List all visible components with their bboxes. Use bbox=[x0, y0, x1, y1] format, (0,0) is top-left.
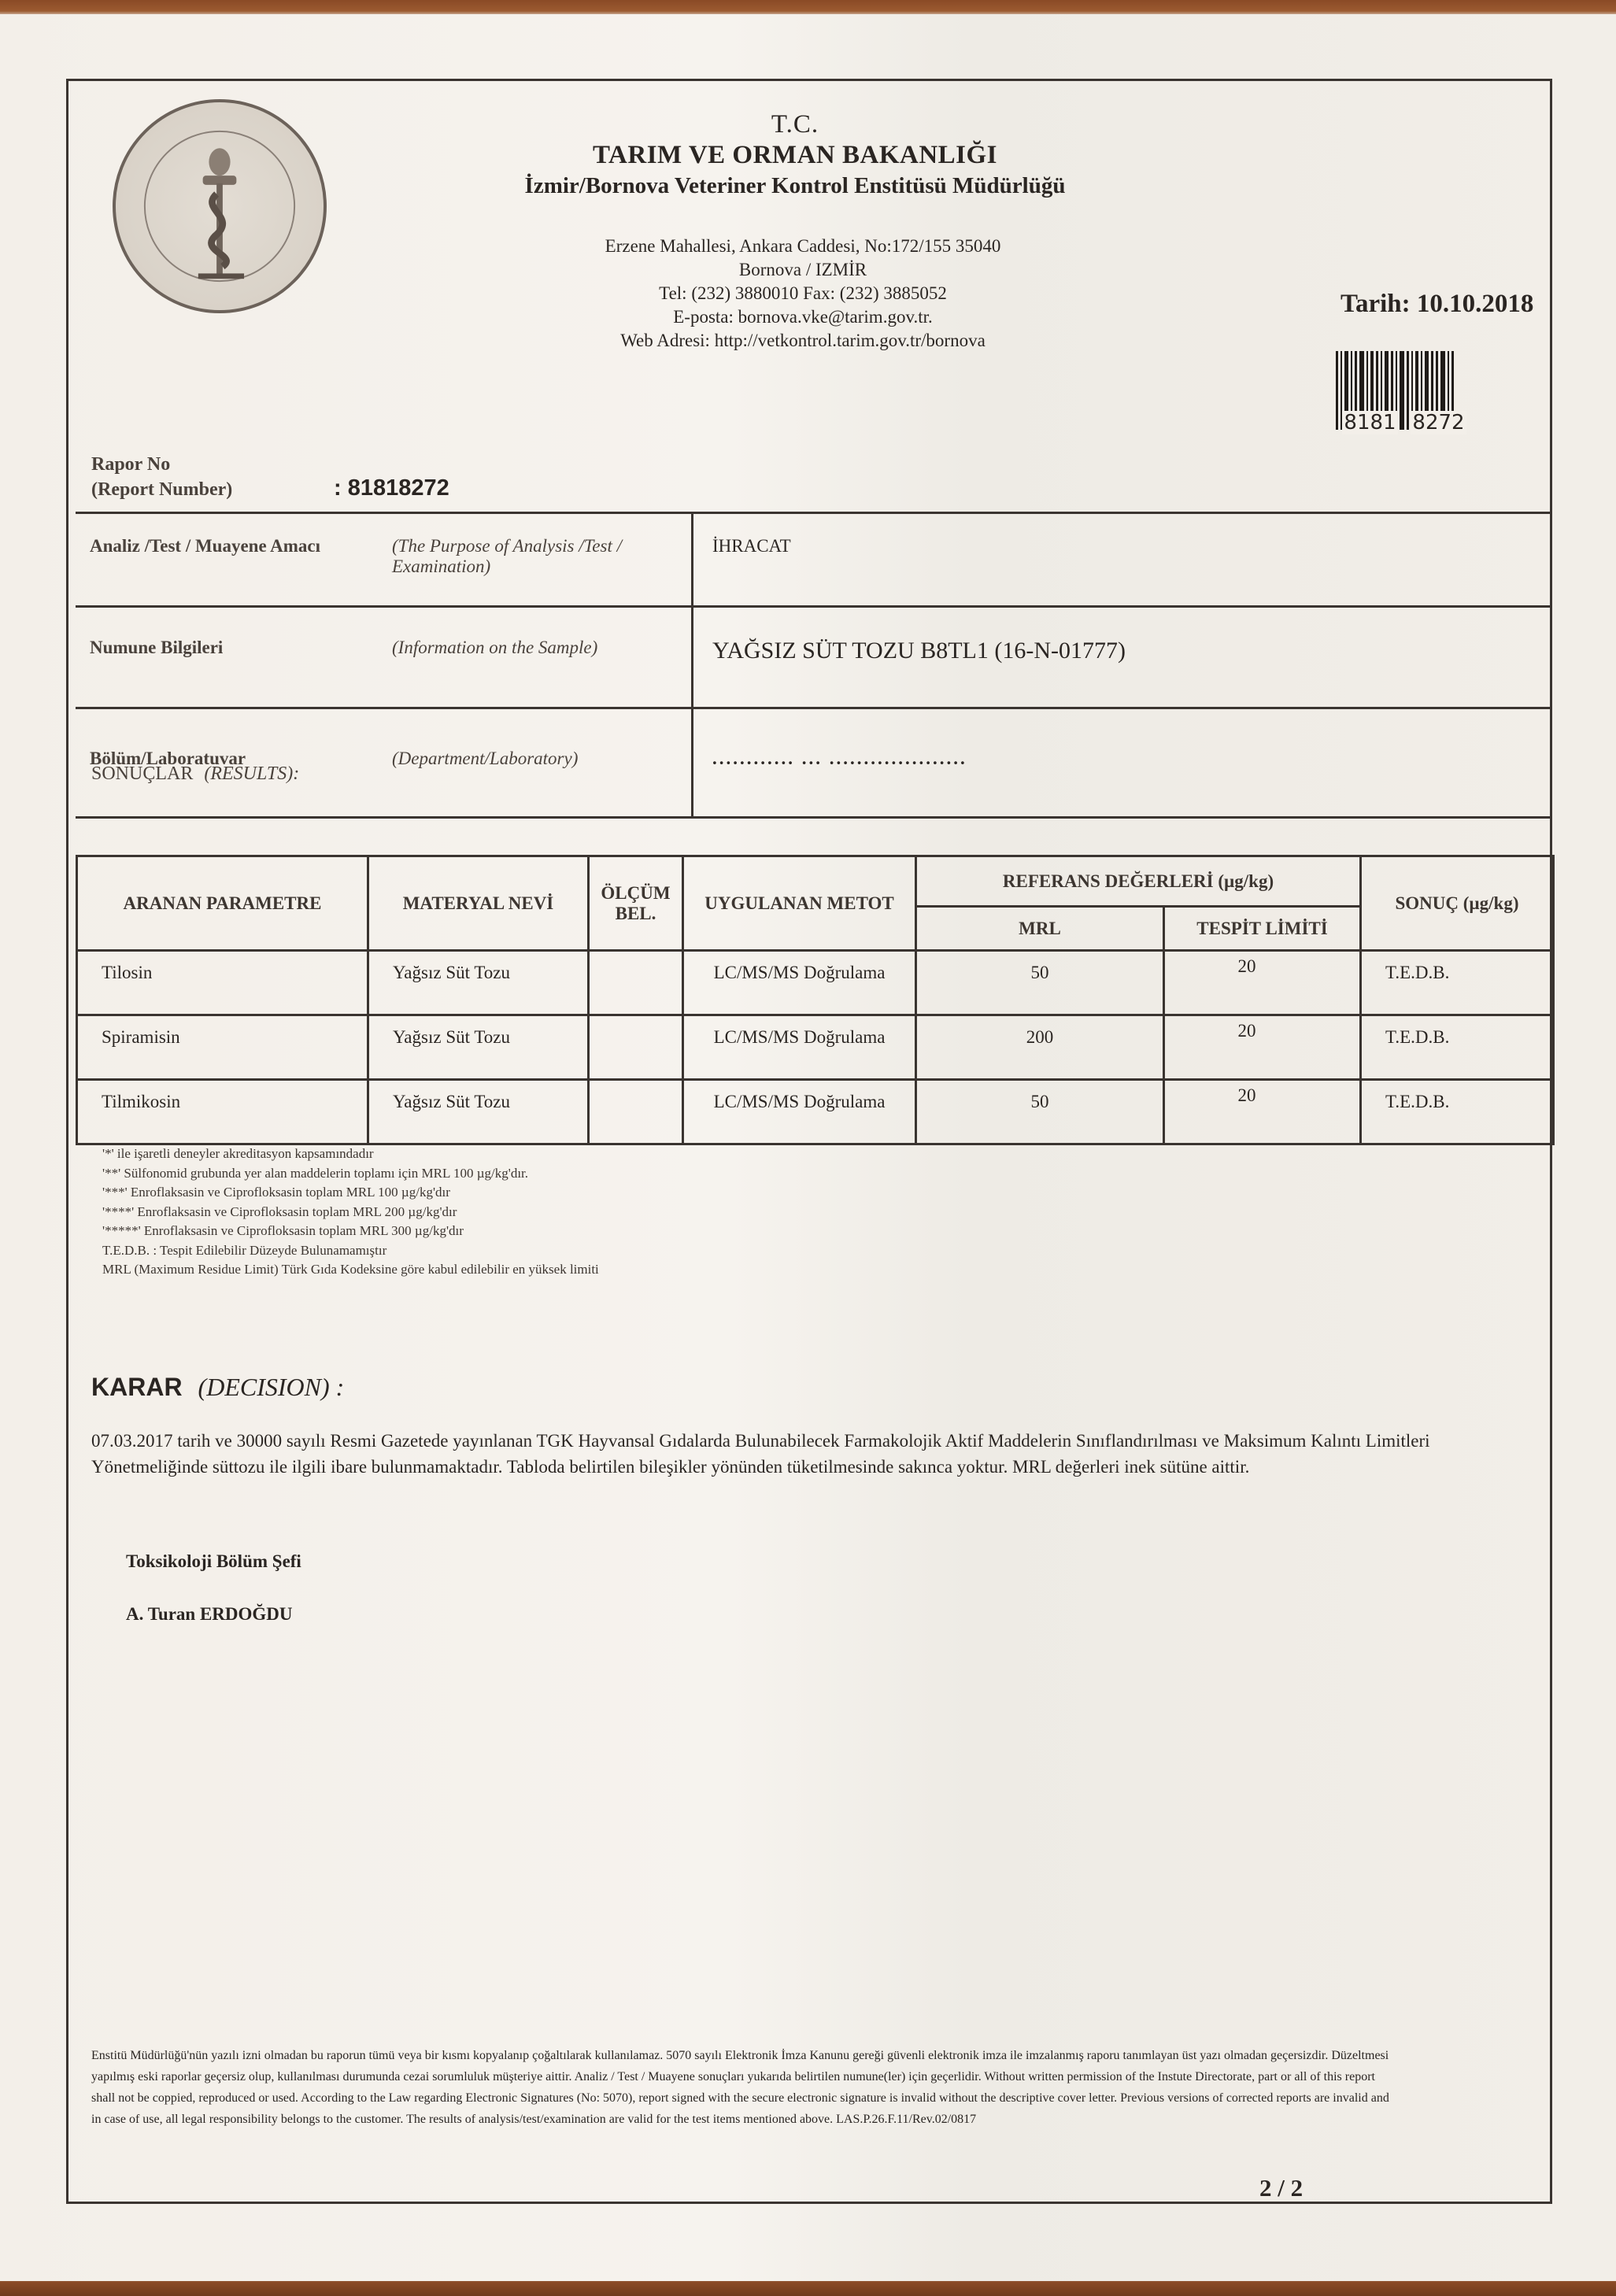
footnotes: '*' ile işaretli deneyler akreditasyon k… bbox=[102, 1144, 599, 1280]
header-method: UYGULANAN METOT bbox=[683, 856, 916, 951]
cell-result: T.E.D.B. bbox=[1361, 1080, 1554, 1144]
report-date: Tarih: 10.10.2018 bbox=[1341, 290, 1533, 319]
address-block: Erzene Mahallesi, Ankara Caddesi, No:172… bbox=[551, 235, 1055, 353]
table-row: TilmikosinYağsız Süt TozuLC/MS/MS Doğrul… bbox=[77, 1080, 1554, 1144]
cell-method: LC/MS/MS Doğrulama bbox=[683, 1015, 916, 1080]
footnote: '*****' Enroflaksasin ve Ciprofloksasin … bbox=[102, 1222, 599, 1241]
info-row-sample: Numune Bilgileri (Information on the Sam… bbox=[76, 607, 1552, 708]
cell-result: T.E.D.B. bbox=[1361, 951, 1554, 1015]
caduceus-icon bbox=[116, 102, 324, 310]
header-mrl: MRL bbox=[916, 907, 1164, 951]
email: E-posta: bornova.vke@tarim.gov.tr. bbox=[551, 305, 1055, 329]
cell-mrl: 200 bbox=[916, 1015, 1164, 1080]
document-page: T.C. TARIM VE ORMAN BAKANLIĞI İzmir/Born… bbox=[0, 14, 1616, 2281]
cell-material: Yağsız Süt Tozu bbox=[368, 1080, 589, 1144]
header-parameter: ARANAN PARAMETRE bbox=[77, 856, 368, 951]
address-line: Erzene Mahallesi, Ankara Caddesi, No:172… bbox=[551, 235, 1055, 258]
signatory-title: Toksikoloji Bölüm Şefi bbox=[126, 1551, 301, 1572]
footnote: '*' ile işaretli deneyler akreditasyon k… bbox=[102, 1144, 599, 1164]
cell-mrl: 50 bbox=[916, 951, 1164, 1015]
info-row-department: Bölüm/Laboratuvar (Department/Laboratory… bbox=[76, 708, 1552, 818]
institute-name: İzmir/Bornova Veteriner Kontrol Enstitüs… bbox=[425, 173, 1165, 199]
ministry-name: TARIM VE ORMAN BAKANLIĞI bbox=[425, 141, 1165, 170]
cell-result: T.E.D.B. bbox=[1361, 1015, 1554, 1080]
cell-material: Yağsız Süt Tozu bbox=[368, 1015, 589, 1080]
footnote: '***' Enroflaksasin ve Ciprofloksasin to… bbox=[102, 1183, 599, 1203]
page-number: 2 / 2 bbox=[1259, 2174, 1303, 2202]
cell-measure bbox=[589, 1015, 683, 1080]
cell-method: LC/MS/MS Doğrulama bbox=[683, 951, 916, 1015]
cell-method: LC/MS/MS Doğrulama bbox=[683, 1080, 916, 1144]
letterhead: T.C. TARIM VE ORMAN BAKANLIĞI İzmir/Born… bbox=[425, 110, 1165, 199]
header-measure: ÖLÇÜM BEL. bbox=[589, 856, 683, 951]
footnote: MRL (Maximum Residue Limit) Türk Gıda Ko… bbox=[102, 1260, 599, 1280]
report-number-value: : 81818272 bbox=[334, 475, 449, 501]
footnote: '**' Sülfonomid grubunda yer alan maddel… bbox=[102, 1164, 599, 1184]
date-value: 10.10.2018 bbox=[1417, 290, 1534, 318]
header-reference: REFERANS DEĞERLERİ (µg/kg) bbox=[916, 856, 1361, 907]
phone-fax: Tel: (232) 3880010 Fax: (232) 3885052 bbox=[551, 282, 1055, 305]
date-label: Tarih: bbox=[1341, 290, 1411, 318]
results-table: ARANAN PARAMETRE MATERYAL NEVİ ÖLÇÜM BEL… bbox=[76, 855, 1555, 1145]
footnote: T.E.D.B. : Tespit Edilebilir Düzeyde Bul… bbox=[102, 1241, 599, 1261]
table-row: SpiramisinYağsız Süt TozuLC/MS/MS Doğrul… bbox=[77, 1015, 1554, 1080]
header-limit: TESPİT LİMİTİ bbox=[1164, 907, 1361, 951]
institute-seal-logo bbox=[113, 99, 327, 313]
signatory-name: A. Turan ERDOĞDU bbox=[126, 1604, 293, 1625]
cell-limit: 20 bbox=[1164, 1080, 1361, 1144]
barcode: 8181 8272 bbox=[1336, 351, 1473, 444]
state-abbreviation: T.C. bbox=[425, 110, 1165, 139]
header-result: SONUÇ (µg/kg) bbox=[1361, 856, 1554, 951]
report-number-label: Rapor No (Report Number) bbox=[91, 452, 232, 502]
legal-disclaimer: Enstitü Müdürlüğü'nün yazılı izni olmada… bbox=[91, 2045, 1398, 2130]
cell-limit: 20 bbox=[1164, 951, 1361, 1015]
address-city: Bornova / IZMİR bbox=[551, 258, 1055, 282]
cell-parameter: Spiramisin bbox=[77, 1015, 368, 1080]
cell-material: Yağsız Süt Tozu bbox=[368, 951, 589, 1015]
barcode-digits: 8181 8272 bbox=[1336, 411, 1473, 434]
cell-mrl: 50 bbox=[916, 1080, 1164, 1144]
decision-text: 07.03.2017 tarih ve 30000 sayılı Resmi G… bbox=[91, 1428, 1492, 1480]
results-heading: SONUÇLAR(RESULTS): bbox=[91, 763, 299, 785]
cell-parameter: Tilosin bbox=[77, 951, 368, 1015]
website: Web Adresi: http://vetkontrol.tarim.gov.… bbox=[551, 329, 1055, 353]
cell-measure bbox=[589, 951, 683, 1015]
cell-measure bbox=[589, 1080, 683, 1144]
decision-heading: KARAR(DECISION) : bbox=[91, 1373, 344, 1402]
cell-parameter: Tilmikosin bbox=[77, 1080, 368, 1144]
footnote: '****' Enroflaksasin ve Ciprofloksasin t… bbox=[102, 1203, 599, 1222]
cell-limit: 20 bbox=[1164, 1015, 1361, 1080]
info-row-purpose: Analiz /Test / Muayene Amacı (The Purpos… bbox=[76, 513, 1552, 607]
table-row: TilosinYağsız Süt TozuLC/MS/MS Doğrulama… bbox=[77, 951, 1554, 1015]
header-material: MATERYAL NEVİ bbox=[368, 856, 589, 951]
